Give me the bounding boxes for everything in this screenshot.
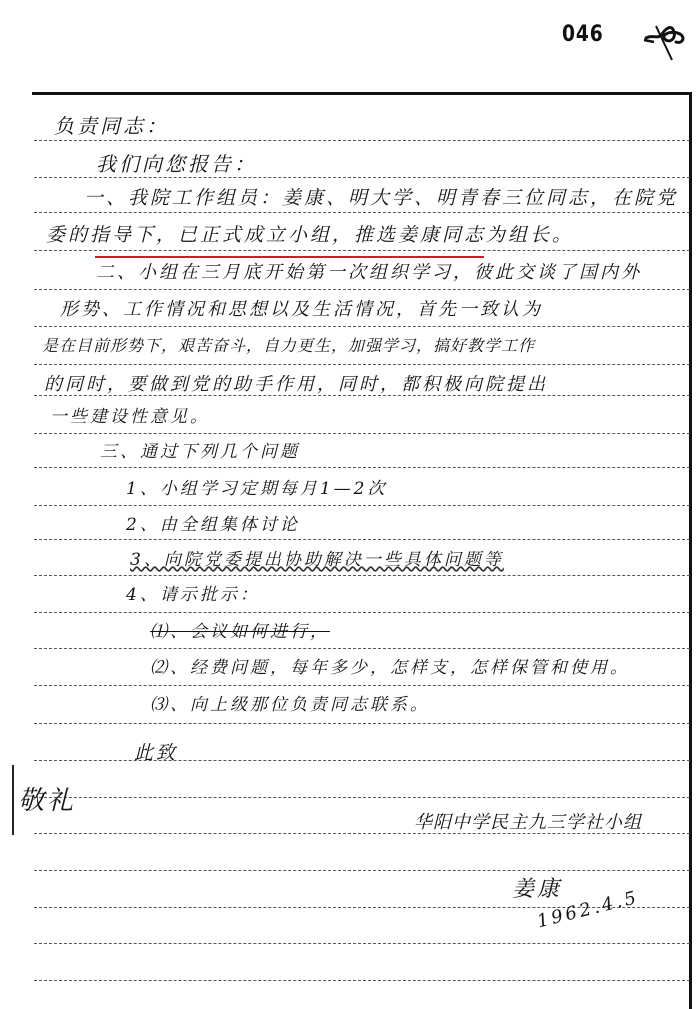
ruled-line: [34, 575, 690, 576]
ruled-line: [34, 870, 690, 871]
ruled-line: [34, 467, 690, 468]
greeting-line: 负责同志：: [54, 110, 169, 139]
signature-name: 姜康: [512, 872, 562, 903]
red-highlight-underline: [95, 256, 484, 258]
ruled-line: [34, 326, 690, 327]
paragraph-2-line-4: 的同时，要做到党的助手作用，同时，都积极向院提出: [44, 370, 548, 396]
section-3-item-3: 3、向院党委提出协助解决一些具体问题等: [130, 545, 504, 570]
paragraph-1-line-2: 委的指导下，已正式成立小组，推选姜康同志为组长。: [46, 220, 574, 247]
ruled-line: [34, 364, 690, 365]
paragraph-2-line-1: 二、小组在三月底开始第一次组织学习，彼此交谈了国内外: [96, 258, 642, 284]
closing-ci-zhi: 此致: [134, 738, 178, 765]
section-3-item-2: 2、由全组集体讨论: [126, 510, 300, 535]
ruled-line: [34, 212, 690, 213]
ruled-line: [34, 760, 690, 761]
closing-bracket: [12, 765, 14, 835]
ruled-line: [34, 685, 690, 686]
section-3-item-1: 1、小组学习定期每月1—2次: [126, 474, 387, 499]
signature-scribble-icon: [642, 20, 690, 64]
intro-line: 我们向您报告：: [96, 148, 257, 177]
ruled-line: [34, 505, 690, 506]
request-item-1: ⑴、会议如何进行，: [150, 617, 330, 642]
paragraph-2-line-3: 是在目前形势下，艰苦奋斗，自力更生，加强学习，搞好教学工作: [42, 333, 535, 356]
ruled-line: [34, 648, 690, 649]
ruled-line: [34, 943, 690, 944]
ruled-line: [34, 433, 690, 434]
ruled-line: [34, 140, 690, 141]
section-3-item-4: 4、请示批示：: [126, 580, 260, 605]
ruled-line: [34, 177, 690, 178]
ruled-line: [34, 723, 690, 724]
request-item-2: ⑵、经费问题，每年多少，怎样支，怎样保管和使用。: [150, 653, 630, 678]
ruled-line: [34, 289, 690, 290]
ruled-line: [34, 797, 690, 798]
request-item-3: ⑶、向上级那位负责同志联系。: [150, 690, 430, 715]
section-3-heading: 三、通过下列几个问题: [100, 437, 300, 462]
paragraph-1-line-1: 一、我院工作组员：姜康、明大学、明青春三位同志，在院党: [84, 183, 678, 210]
ruled-line: [34, 250, 690, 251]
paragraph-2-line-5: 一些建设性意见。: [50, 402, 210, 427]
paragraph-2-line-2: 形势、工作情况和思想以及生活情况，首先一致认为: [60, 295, 543, 321]
closing-jing-li: 敬礼: [18, 780, 76, 817]
ruled-line: [34, 980, 690, 981]
ruled-line: [34, 612, 690, 613]
signature-organization: 华阳中学民主九三学社小组: [414, 808, 642, 834]
ruled-line: [34, 539, 690, 540]
page-number: 046: [562, 22, 604, 47]
